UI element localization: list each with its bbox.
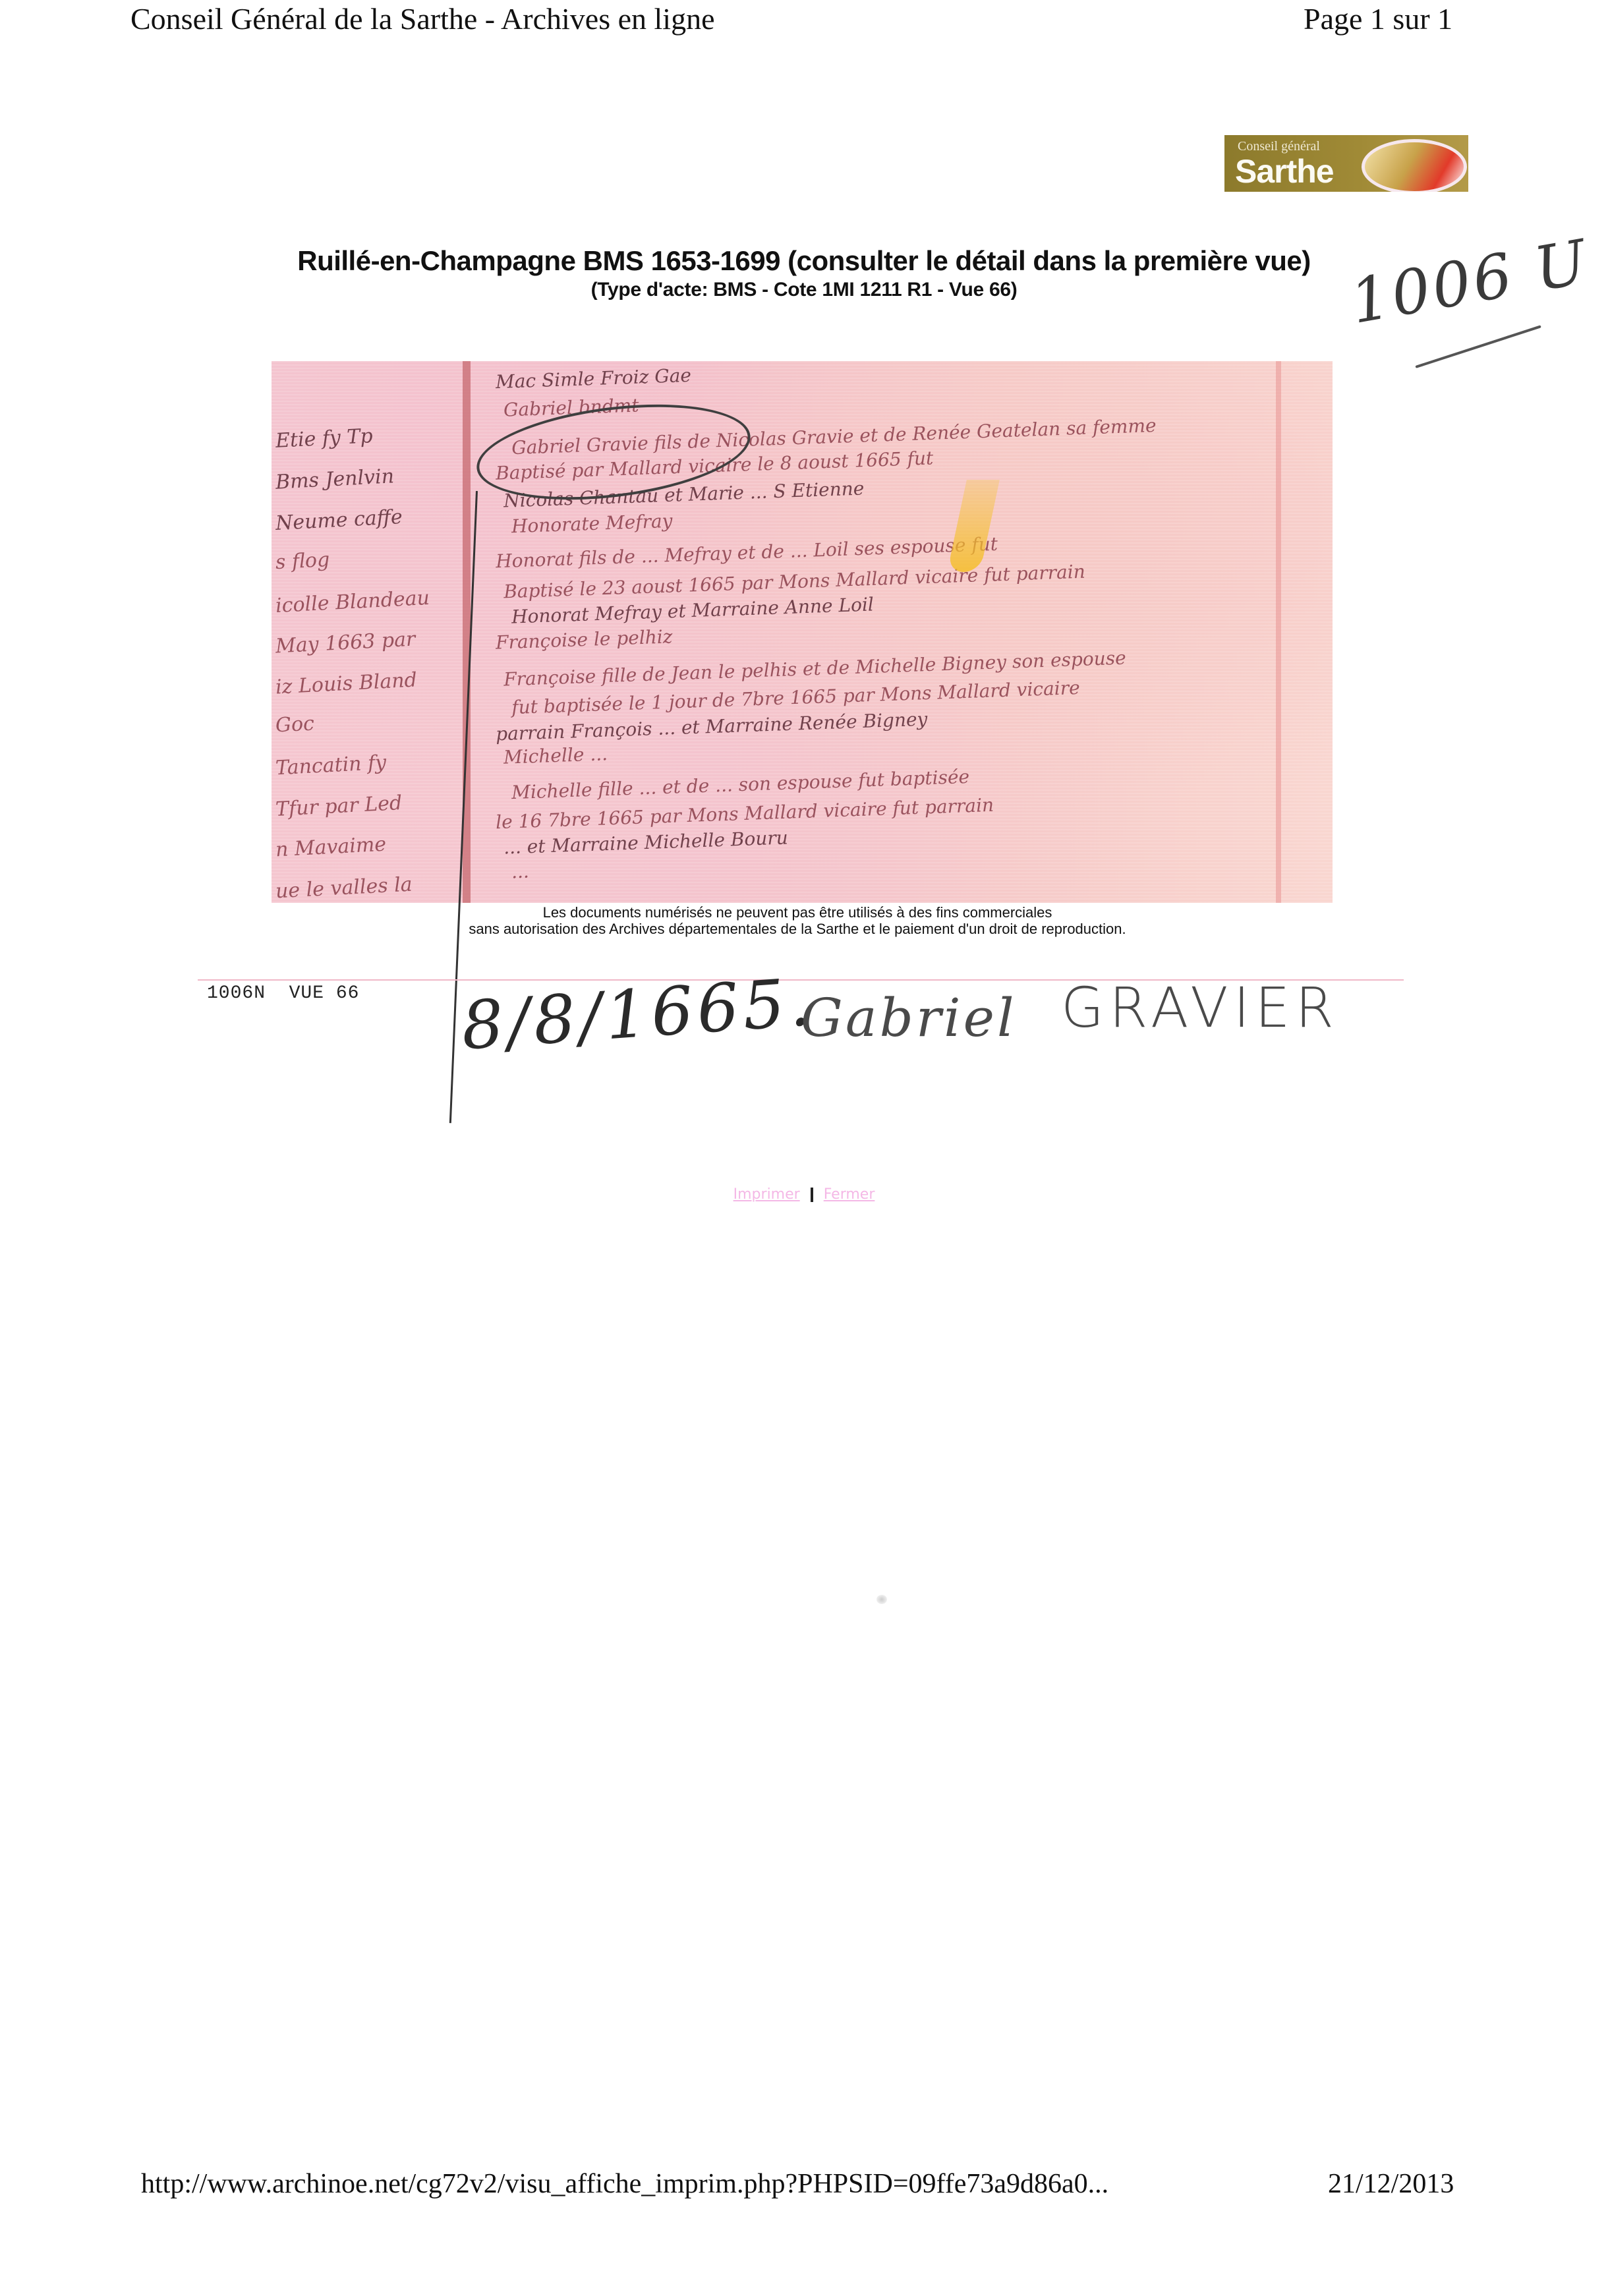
scan-margin-line: Etie fy Tp — [275, 424, 373, 453]
scan-margin-line: Bms Jenlvin — [275, 465, 395, 494]
handwritten-given-name: Gabriel — [801, 987, 1017, 1048]
scan-margin-line: s flog — [275, 548, 330, 574]
scan-body-line: ... — [511, 861, 529, 883]
scan-margin-line: Neume caffe — [275, 505, 403, 535]
close-link[interactable]: Fermer — [824, 1186, 875, 1203]
logo-swoosh-icon — [1362, 139, 1467, 192]
print-header-page-number: Page 1 sur 1 — [1304, 1, 1452, 36]
print-header-title: Conseil Général de la Sarthe - Archives … — [130, 1, 715, 36]
scan-body-line: Françoise le pelhiz — [496, 625, 673, 653]
print-link[interactable]: Imprimer — [733, 1186, 800, 1203]
scan-margin-line: Tancatin fy — [275, 751, 387, 780]
scan-speck — [876, 1595, 887, 1604]
manuscript-scan-image: Etie fy TpBms JenlvinNeume caffes flogic… — [272, 361, 1333, 903]
disclaimer-line-1: Les documents numérisés ne peuvent pas ê… — [0, 904, 1601, 921]
scan-margin-line: n Mavaime — [275, 833, 387, 862]
print-footer-date: 21/12/2013 — [1328, 2168, 1454, 2200]
scan-body-line: Honorate Mefray — [511, 510, 672, 538]
scan-body-line: Michelle ... — [503, 743, 608, 768]
handwritten-reference: 1006 U — [1345, 226, 1594, 337]
print-links: ImprimerFermer — [0, 1186, 1608, 1203]
handwritten-underline — [1415, 325, 1541, 368]
scan-margin-line: icolle Blandeau — [275, 587, 430, 617]
scan-body-line: Mac Simle Froiz Gae — [496, 364, 692, 393]
scan-right-rule — [1276, 361, 1281, 903]
scan-margin-line: May 1663 par — [275, 627, 416, 658]
scan-margin-line: Goc — [275, 712, 315, 737]
scan-body-line: ... et Marraine Michelle Bouru — [503, 826, 789, 858]
sarthe-logo: Conseil général Sarthe — [1224, 135, 1468, 192]
logo-big-text: Sarthe — [1235, 152, 1334, 190]
scan-margin-line: iz Louis Bland — [275, 668, 417, 699]
yellow-highlight-mark — [947, 480, 1000, 572]
handwritten-surname: GRAVIER — [1061, 975, 1339, 1040]
handwritten-date: 8/8/1665. — [459, 963, 817, 1064]
link-separator — [811, 1188, 813, 1202]
scan-margin-line: ue le valles la — [275, 873, 413, 903]
reference-code: 1006N VUE 66 — [207, 983, 359, 1004]
scan-margin-line: Tfur par Led — [275, 791, 403, 821]
disclaimer-line-2: sans autorisation des Archives départeme… — [0, 921, 1601, 938]
print-footer-url: http://www.archinoe.net/cg72v2/visu_affi… — [141, 2168, 1108, 2200]
